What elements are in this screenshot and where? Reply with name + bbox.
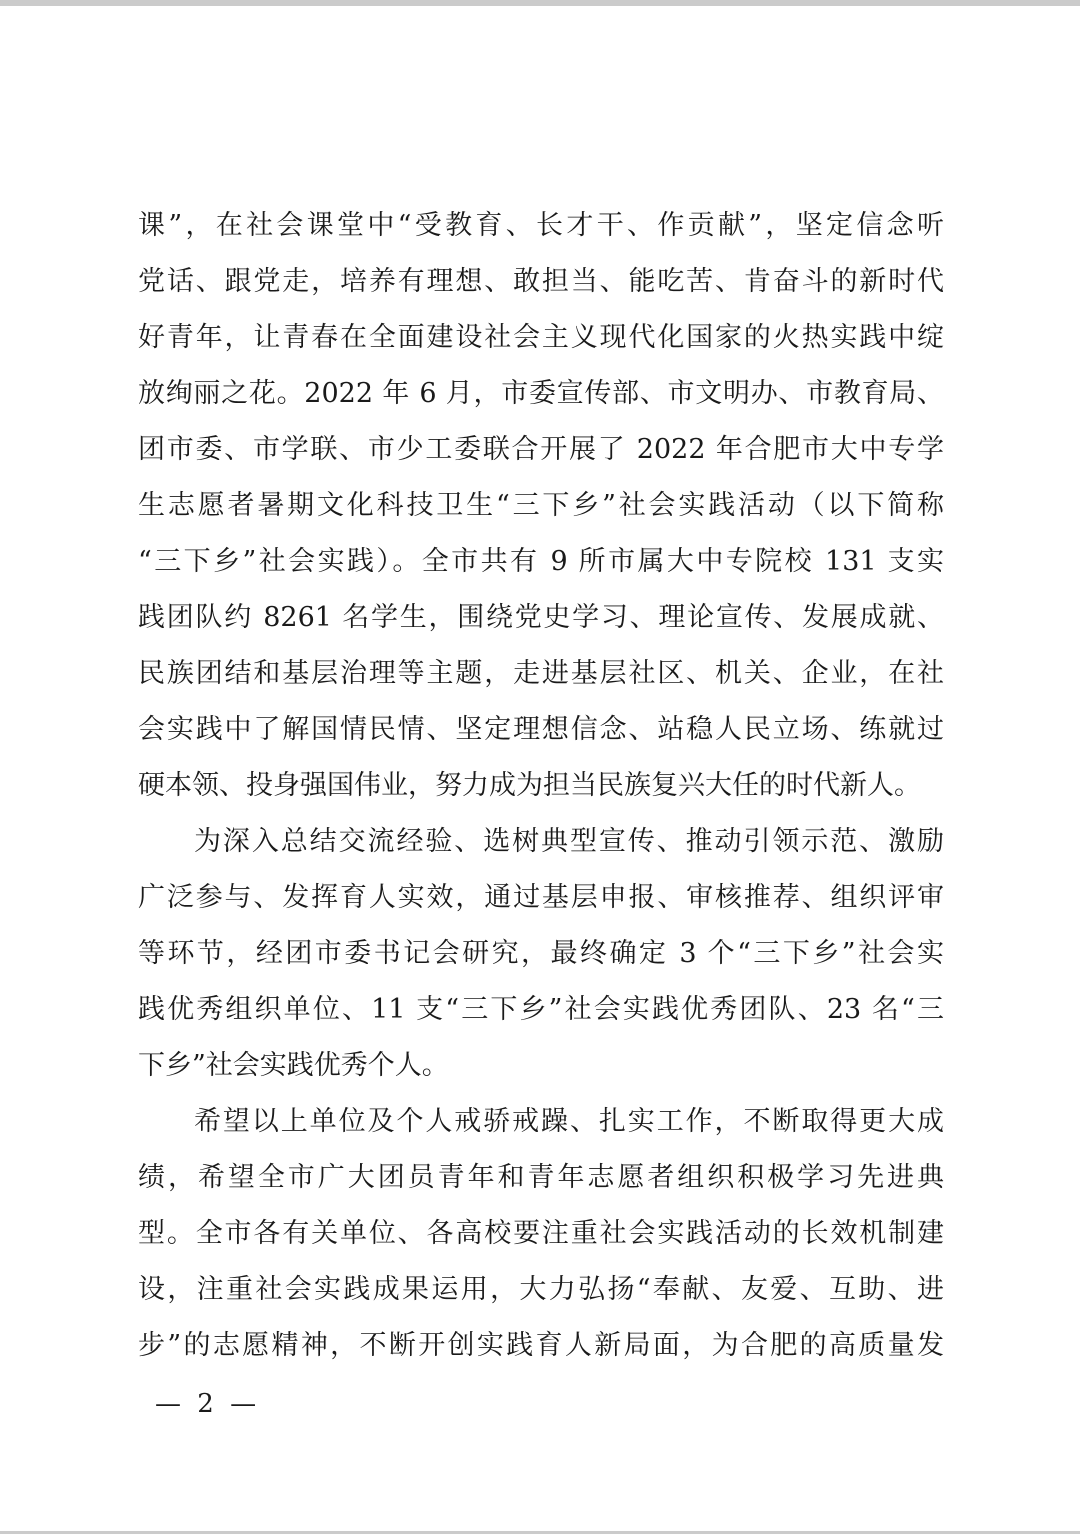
text-line: 为深入总结交流经验、选树典型宣传、推动引领示范、激励 — [138, 814, 944, 870]
body-text: 课”，在社会课堂中“受教育、长才干、作贡献”，坚定信念听 党话、跟党走，培养有理… — [138, 198, 944, 1374]
text-line: 步”的志愿精神，不断开创实践育人新局面，为合肥的高质量发 — [138, 1318, 944, 1374]
text-line: 好青年，让青春在全面建设社会主义现代化国家的火热实践中绽 — [138, 310, 944, 366]
text-line: “三下乡”社会实践）。全市共有 9 所市属大中专院校 131 支实 — [138, 534, 944, 590]
text-line: 绩，希望全市广大团员青年和青年志愿者组织积极学习先进典 — [138, 1150, 944, 1206]
text-line: 课”，在社会课堂中“受教育、长才干、作贡献”，坚定信念听 — [138, 198, 944, 254]
text-line: 型。全市各有关单位、各高校要注重社会实践活动的长效机制建 — [138, 1206, 944, 1262]
text-line: 团市委、市学联、市少工委联合开展了 2022 年合肥市大中专学 — [138, 422, 944, 478]
text-line: 硬本领、投身强国伟业，努力成为担当民族复兴大任的时代新人。 — [138, 758, 944, 814]
text-line: 民族团结和基层治理等主题，走进基层社区、机关、企业，在社 — [138, 646, 944, 702]
text-line: 下乡”社会实践优秀个人。 — [138, 1038, 944, 1094]
text-line: 希望以上单位及个人戒骄戒躁、扎实工作，不断取得更大成 — [138, 1094, 944, 1150]
document-page: 课”，在社会课堂中“受教育、长才干、作贡献”，坚定信念听 党话、跟党走，培养有理… — [0, 6, 1080, 1531]
text-line: 践团队约 8261 名学生，围绕党史学习、理论宣传、发展成就、 — [138, 590, 944, 646]
text-line: 党话、跟党走，培养有理想、敢担当、能吃苦、肯奋斗的新时代 — [138, 254, 944, 310]
text-line: 践优秀组织单位、11 支“三下乡”社会实践优秀团队、23 名“三 — [138, 982, 944, 1038]
text-line: 广泛参与、发挥育人实效，通过基层申报、审核推荐、组织评审 — [138, 870, 944, 926]
text-line: 放绚丽之花。2022 年 6 月，市委宣传部、市文明办、市教育局、 — [138, 366, 944, 422]
text-line: 生志愿者暑期文化科技卫生“三下乡”社会实践活动（以下简称 — [138, 478, 944, 534]
page-number: — 2 — — [155, 1384, 260, 1424]
text-line: 会实践中了解国情民情、坚定理想信念、站稳人民立场、练就过 — [138, 702, 944, 758]
text-line: 设，注重社会实践成果运用，大力弘扬“奉献、友爱、互助、进 — [138, 1262, 944, 1318]
text-line: 等环节，经团市委书记会研究，最终确定 3 个“三下乡”社会实 — [138, 926, 944, 982]
